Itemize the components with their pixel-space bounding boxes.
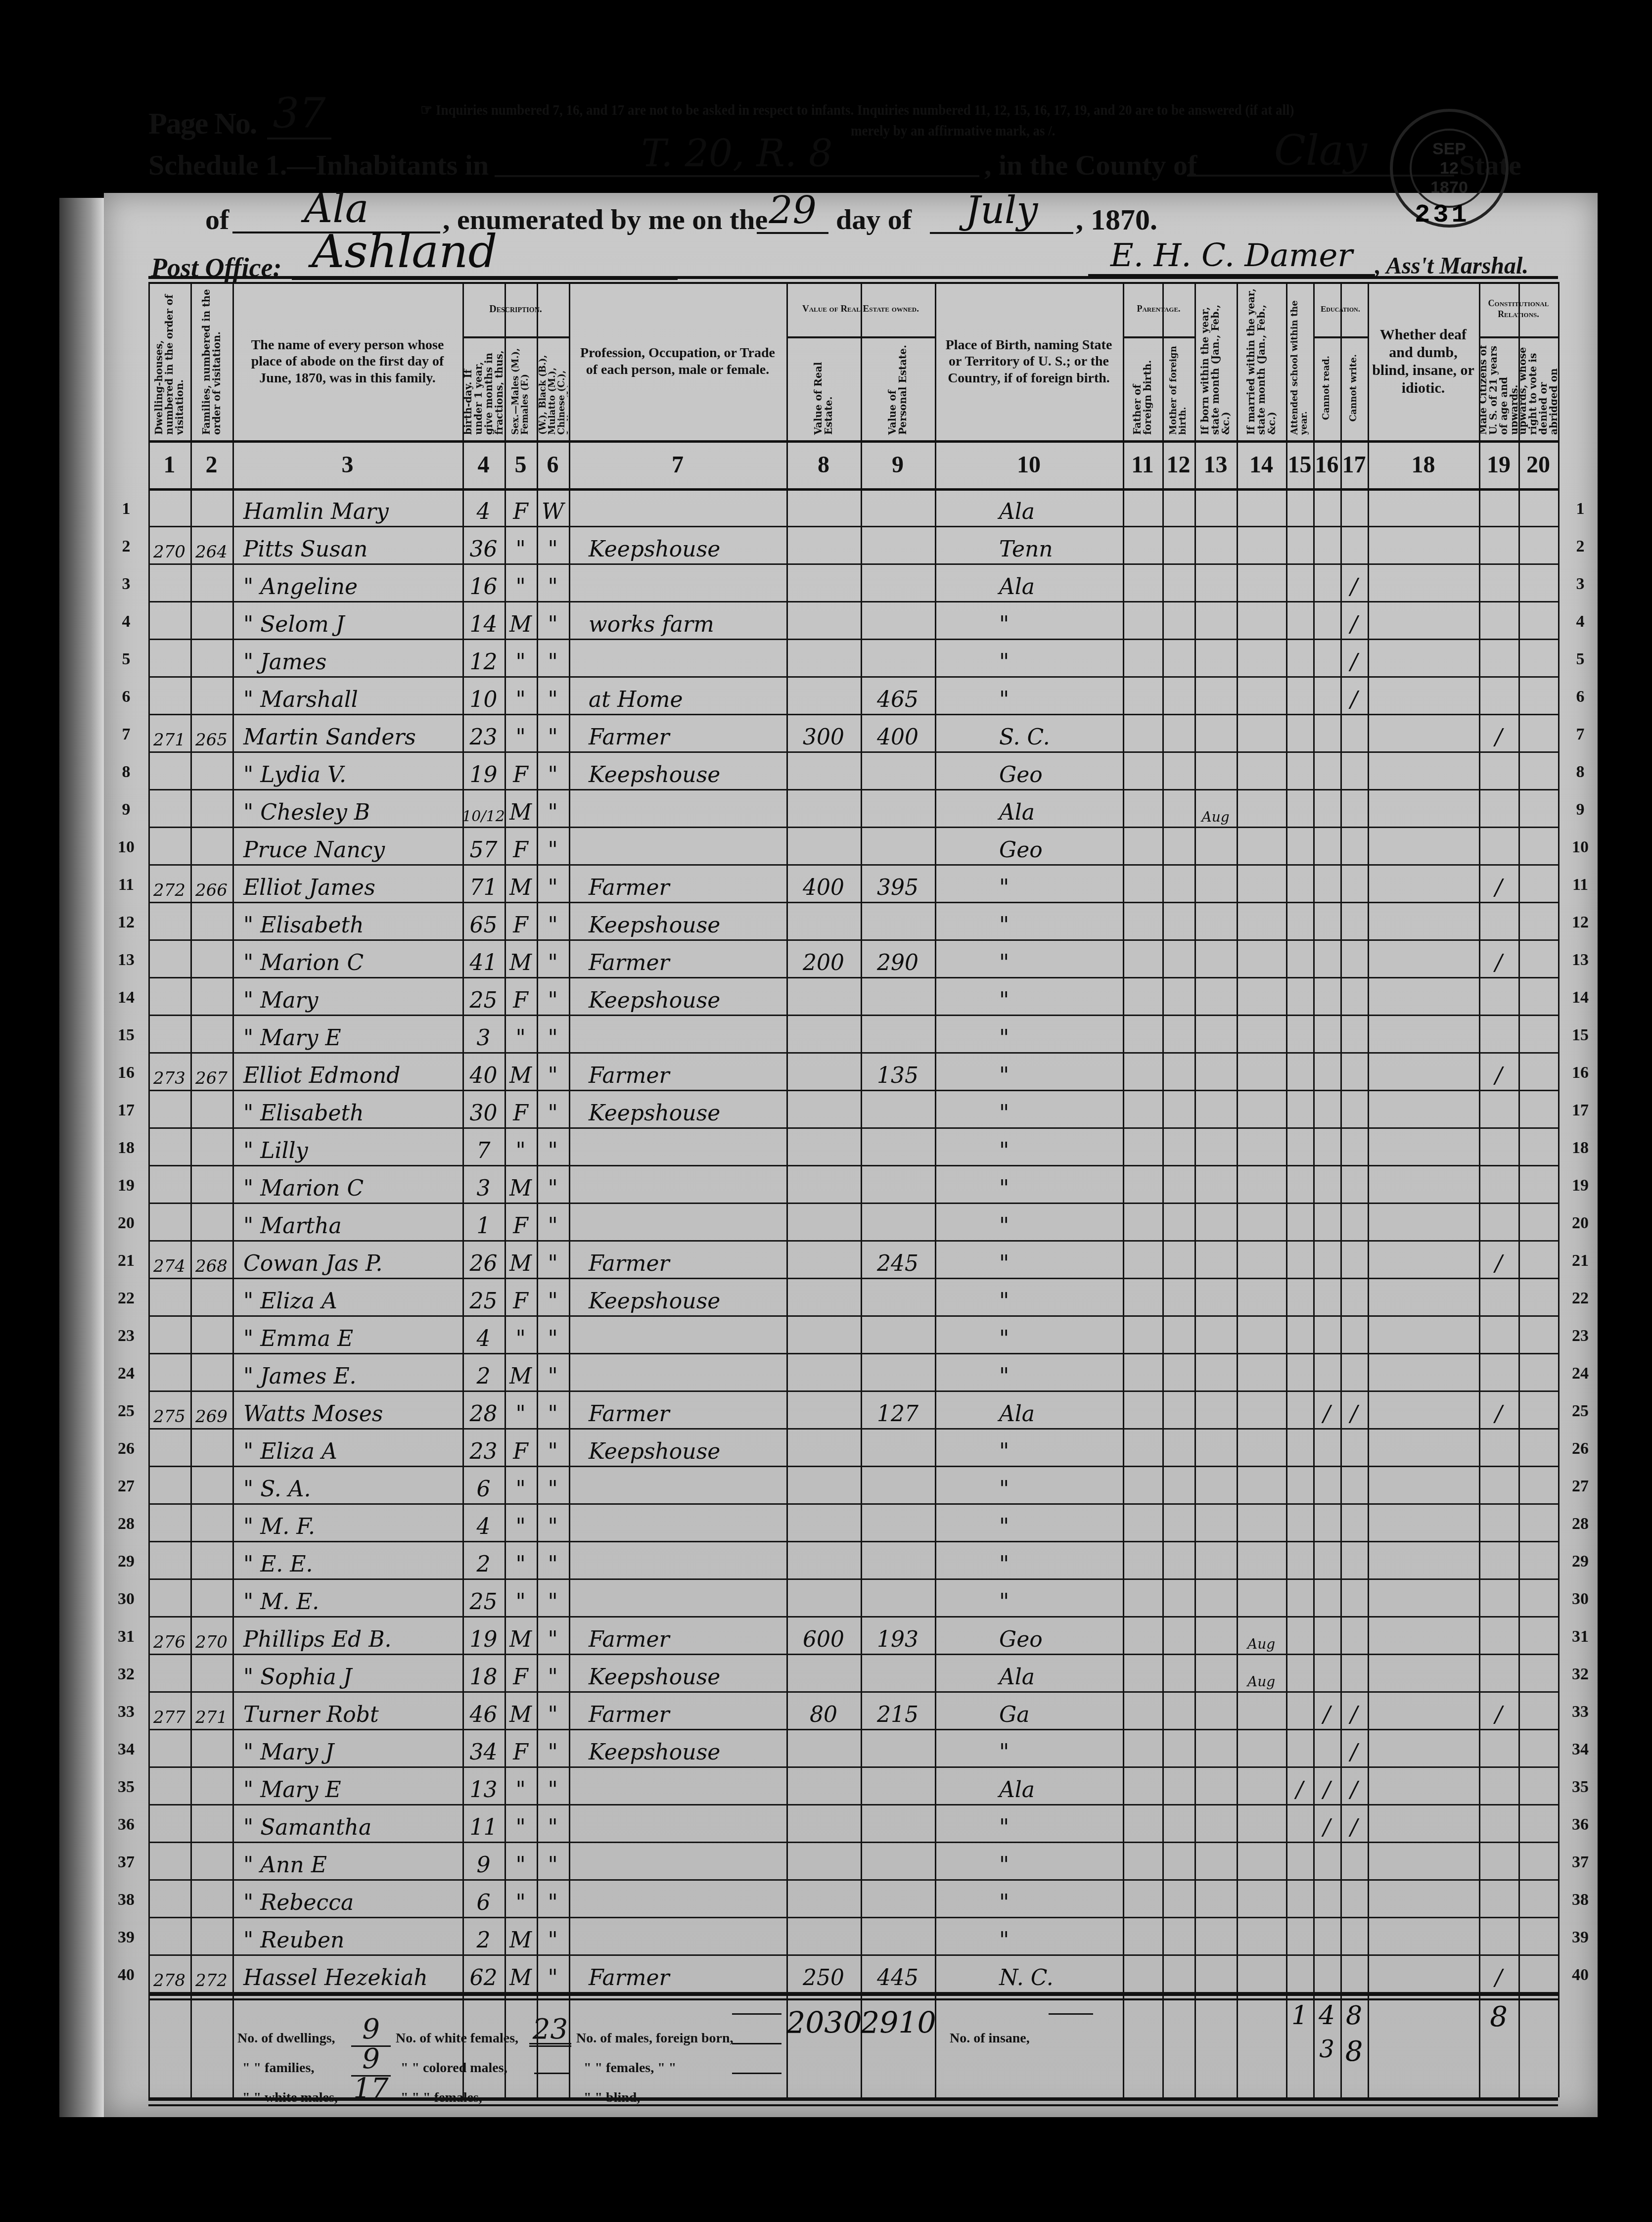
cell-c19 [1479, 565, 1518, 602]
cell-family [190, 678, 232, 715]
column-number-12: 12 [1162, 451, 1194, 478]
cell-real [786, 1843, 861, 1881]
cell-c17 [1340, 866, 1368, 903]
cell-personal: 127 [861, 1392, 935, 1430]
cell-real [786, 978, 861, 1016]
cell-age: 2 [462, 1542, 505, 1580]
cell-c16 [1313, 941, 1340, 978]
cell-sex: M [505, 1054, 537, 1091]
cell-c17: / [1340, 565, 1368, 602]
cell-color: " [537, 1467, 569, 1505]
cell-occupation: Keepshouse [569, 903, 786, 941]
cell-c15 [1286, 1542, 1313, 1580]
cell-name: " Lilly [232, 1129, 462, 1166]
cell-occupation [569, 790, 786, 828]
marshal-label: , Ass't Marshal. [1375, 252, 1528, 279]
cell-c13 [1194, 715, 1237, 753]
cell-sex: " [505, 1505, 537, 1542]
cell-dwelling [148, 1881, 190, 1918]
cell-birthplace: " [935, 866, 1123, 903]
cell-color: " [537, 1618, 569, 1655]
cell-c16 [1313, 1505, 1340, 1542]
cell-c14 [1237, 678, 1286, 715]
cell-c15 [1286, 1956, 1313, 1993]
day-field: 29 [757, 188, 828, 234]
cell-c17 [1340, 1580, 1368, 1618]
row-line-number-left: 5 [109, 650, 143, 669]
cell-age: 23 [462, 1430, 505, 1467]
cell-occupation: Farmer [569, 1693, 786, 1730]
cell-family: 270 [190, 1618, 232, 1655]
cell-dwelling: 271 [148, 715, 190, 753]
cell-c16 [1313, 1580, 1340, 1618]
cell-family [190, 941, 232, 978]
cell-c19 [1479, 903, 1518, 941]
cell-c14 [1237, 753, 1286, 790]
cell-c17 [1340, 753, 1368, 790]
cell-birthplace: Geo [935, 828, 1123, 866]
cell-color: " [537, 602, 569, 640]
cell-name: " Mary E [232, 1016, 462, 1054]
row-line-number-right: 20 [1563, 1214, 1598, 1233]
row-line-number-left: 39 [109, 1928, 143, 1947]
cell-name: " Martha [232, 1204, 462, 1242]
cell-personal [861, 640, 935, 678]
row-line-number-left: 11 [109, 876, 143, 894]
cell-dwelling [148, 1805, 190, 1843]
cell-real [786, 1242, 861, 1279]
cell-c13 [1194, 565, 1237, 602]
cell-color: " [537, 941, 569, 978]
cell-occupation: Farmer [569, 1392, 786, 1430]
cell-personal [861, 1091, 935, 1129]
cell-c14 [1237, 1730, 1286, 1768]
cell-c14 [1237, 527, 1286, 565]
cell-family [190, 1843, 232, 1881]
cell-real [786, 790, 861, 828]
cell-age: 62 [462, 1956, 505, 1993]
cell-c14 [1237, 1881, 1286, 1918]
cell-color: " [537, 527, 569, 565]
cell-birthplace: " [935, 1805, 1123, 1843]
cell-color: " [537, 1805, 569, 1843]
cell-personal [861, 1881, 935, 1918]
column-header-8-text: Value of Real Estate. [813, 341, 834, 435]
cell-dwelling [148, 1843, 190, 1881]
cell-family [190, 790, 232, 828]
column-number-8: 8 [786, 451, 861, 478]
cell-c16: / [1313, 1805, 1340, 1843]
cell-c17: / [1340, 640, 1368, 678]
cell-real [786, 1805, 861, 1843]
stamp-number: 231 [1415, 200, 1470, 230]
row-line-number-left: 1 [109, 500, 143, 518]
cell-personal: 400 [861, 715, 935, 753]
cell-personal: 465 [861, 678, 935, 715]
cell-c19 [1479, 1467, 1518, 1505]
post-office-field: Ashland [292, 225, 678, 280]
cell-sex: " [505, 1467, 537, 1505]
cell-real [786, 1505, 861, 1542]
cell-color: " [537, 715, 569, 753]
cell-occupation [569, 1129, 786, 1166]
cell-c17 [1340, 1354, 1368, 1392]
cell-c14: Aug [1237, 1618, 1286, 1655]
cell-birthplace: " [935, 1467, 1123, 1505]
row-line-number-right: 31 [1563, 1627, 1598, 1646]
cell-name: " James [232, 640, 462, 678]
cell-c17 [1340, 1204, 1368, 1242]
cell-c16 [1313, 1279, 1340, 1317]
cell-family: 267 [190, 1054, 232, 1091]
cell-c19 [1479, 1542, 1518, 1580]
cell-c19: / [1479, 1054, 1518, 1091]
column-number-7: 7 [569, 451, 786, 478]
cell-c13 [1194, 978, 1237, 1016]
cell-c14 [1237, 828, 1286, 866]
column-number-15: 15 [1286, 451, 1313, 478]
cell-family [190, 1354, 232, 1392]
cell-c13 [1194, 1129, 1237, 1166]
cell-sex: " [505, 565, 537, 602]
cell-family [190, 978, 232, 1016]
cell-name: " Eliza A [232, 1430, 462, 1467]
cell-birthplace: " [935, 678, 1123, 715]
cell-age: 4 [462, 490, 505, 527]
cell-c13 [1194, 490, 1237, 527]
cell-occupation: Farmer [569, 1956, 786, 1993]
row-line-number-right: 35 [1563, 1778, 1598, 1797]
cell-c14 [1237, 1242, 1286, 1279]
cell-personal [861, 1805, 935, 1843]
cell-c16 [1313, 565, 1340, 602]
column-number-14: 14 [1237, 451, 1286, 478]
column-number-16: 16 [1313, 451, 1340, 478]
summary-total-col16-b: 3 [1313, 2036, 1340, 2063]
township-field: T. 20, R. 8 [495, 131, 979, 177]
cell-age: 10 [462, 678, 505, 715]
cell-dwelling [148, 1467, 190, 1505]
cell-occupation: Keepshouse [569, 1279, 786, 1317]
cell-sex: F [505, 1730, 537, 1768]
cell-personal: 193 [861, 1618, 935, 1655]
cell-color: " [537, 1693, 569, 1730]
cell-age: 28 [462, 1392, 505, 1430]
cell-c14 [1237, 1166, 1286, 1204]
cell-c15 [1286, 790, 1313, 828]
cell-c17 [1340, 903, 1368, 941]
cell-family [190, 1430, 232, 1467]
cell-c13 [1194, 1768, 1237, 1805]
cell-personal [861, 1166, 935, 1204]
cell-c15 [1286, 1054, 1313, 1091]
cell-c16 [1313, 490, 1340, 527]
cell-color: " [537, 1542, 569, 1580]
cell-c15 [1286, 866, 1313, 903]
cell-birthplace: Ala [935, 565, 1123, 602]
cell-dwelling: 274 [148, 1242, 190, 1279]
cell-sex: F [505, 490, 537, 527]
cell-c19: / [1479, 1693, 1518, 1730]
cell-c16 [1313, 1242, 1340, 1279]
cell-real [786, 1317, 861, 1354]
row-line-number-left: 3 [109, 575, 143, 594]
stamp-year: 1870 [1430, 178, 1468, 197]
cell-real [786, 565, 861, 602]
cell-age: 11 [462, 1805, 505, 1843]
group-header-rule [462, 336, 569, 338]
column-header-11: Father of foreign birth. [1124, 339, 1161, 437]
row-line-number-right: 29 [1563, 1552, 1598, 1571]
cell-occupation: Farmer [569, 1054, 786, 1091]
cell-name: " Angeline [232, 565, 462, 602]
summary-white-males-value: 17 [351, 2073, 391, 2106]
cell-age: 25 [462, 1279, 505, 1317]
row-line-number-right: 18 [1563, 1139, 1598, 1157]
row-line-number-right: 14 [1563, 988, 1598, 1007]
cell-occupation [569, 490, 786, 527]
cell-personal [861, 1279, 935, 1317]
cell-personal [861, 1655, 935, 1693]
cell-real [786, 1392, 861, 1430]
row-line-number-right: 27 [1563, 1477, 1598, 1496]
row-line-number-right: 28 [1563, 1515, 1598, 1533]
summary-white-females-label: No. of white females, [396, 2031, 518, 2046]
cell-name: " Elisabeth [232, 903, 462, 941]
row-line-number-right: 36 [1563, 1815, 1598, 1834]
cell-c17: / [1340, 1768, 1368, 1805]
row-line-number-left: 35 [109, 1778, 143, 1797]
cell-birthplace: " [935, 941, 1123, 978]
column-number-17: 17 [1340, 451, 1368, 478]
cell-c13 [1194, 1881, 1237, 1918]
cell-dwelling: 272 [148, 866, 190, 903]
group-header-rule [1479, 336, 1558, 338]
cell-family [190, 1580, 232, 1618]
row-line-number-right: 16 [1563, 1064, 1598, 1082]
column-number-5: 5 [505, 451, 537, 478]
cell-c19 [1479, 1204, 1518, 1242]
cell-birthplace: " [935, 1918, 1123, 1956]
column-number-6: 6 [537, 451, 569, 478]
cell-sex: " [505, 640, 537, 678]
cell-occupation [569, 1580, 786, 1618]
summary-foreign-males-label: No. of males, foreign born, [576, 2031, 734, 2046]
cell-age: 9 [462, 1843, 505, 1881]
cell-personal [861, 1204, 935, 1242]
column-header-6: Color.—White (W.), Black (B.), Mulatto (… [538, 339, 568, 437]
cell-personal [861, 1580, 935, 1618]
cell-c13: Aug [1194, 790, 1237, 828]
cell-real [786, 1129, 861, 1166]
cell-age: 46 [462, 1693, 505, 1730]
cell-dwelling [148, 1730, 190, 1768]
cell-birthplace: " [935, 1054, 1123, 1091]
group-header-value-estate: Value of Real Estate owned. [786, 282, 935, 336]
cell-c13 [1194, 1618, 1237, 1655]
cell-c15 [1286, 715, 1313, 753]
cell-c16 [1313, 978, 1340, 1016]
cell-family [190, 1317, 232, 1354]
cell-real [786, 1204, 861, 1242]
cell-c16 [1313, 1016, 1340, 1054]
cell-occupation [569, 1881, 786, 1918]
cell-occupation: Keepshouse [569, 1091, 786, 1129]
row-line-number-right: 19 [1563, 1176, 1598, 1195]
cell-personal [861, 1730, 935, 1768]
cell-c19 [1479, 1805, 1518, 1843]
column-header-2-text: Families, numbered in the order of visit… [201, 288, 222, 435]
column-divider [1558, 282, 1560, 2097]
cell-name: " Mary E [232, 1768, 462, 1805]
cell-family [190, 1768, 232, 1805]
cell-c17 [1340, 527, 1368, 565]
row-line-number-right: 6 [1563, 688, 1598, 706]
summary-foreign-females-label: " " females, " " [584, 2060, 676, 2076]
cell-birthplace: S. C. [935, 715, 1123, 753]
summary-white-males-label: " " white males, [242, 2090, 338, 2106]
cell-c16: / [1313, 1768, 1340, 1805]
cell-dwelling [148, 1542, 190, 1580]
cell-name: " Samantha [232, 1805, 462, 1843]
cell-name: " M. F. [232, 1505, 462, 1542]
summary-total-real-estate: 2030 [786, 2006, 861, 2040]
cell-birthplace: " [935, 1881, 1123, 1918]
cell-name: " Sophia J [232, 1655, 462, 1693]
cell-real [786, 828, 861, 866]
cell-personal [861, 1505, 935, 1542]
cell-age: 40 [462, 1054, 505, 1091]
cell-family: 268 [190, 1242, 232, 1279]
cell-c15 [1286, 602, 1313, 640]
cell-c13 [1194, 1918, 1237, 1956]
cell-color: " [537, 1505, 569, 1542]
cell-c15 [1286, 1693, 1313, 1730]
cell-c19 [1479, 1430, 1518, 1467]
cell-name: " Mary [232, 978, 462, 1016]
cell-occupation [569, 640, 786, 678]
colnum-rule [148, 440, 1558, 443]
day-of-label: day of [836, 203, 912, 236]
cell-real [786, 640, 861, 678]
summary-total-personal-estate: 2910 [861, 2006, 935, 2040]
cell-personal [861, 1843, 935, 1881]
cell-c17 [1340, 490, 1368, 527]
instructions-notice-line1: ☞ Inquiries numbered 7, 16, and 17 are n… [420, 101, 1294, 119]
cell-name: Phillips Ed B. [232, 1618, 462, 1655]
cell-birthplace: " [935, 1354, 1123, 1392]
cell-name: Elliot James [232, 866, 462, 903]
row-line-number-left: 31 [109, 1627, 143, 1646]
cell-birthplace: " [935, 1730, 1123, 1768]
column-divider [1368, 282, 1369, 2097]
cell-real [786, 753, 861, 790]
summary-families-label: " " families, [242, 2060, 314, 2076]
cell-personal [861, 753, 935, 790]
cell-birthplace: " [935, 1166, 1123, 1204]
row-line-number-left: 27 [109, 1477, 143, 1496]
cell-real [786, 1354, 861, 1392]
row-line-number-right: 10 [1563, 838, 1598, 857]
cell-c19 [1479, 1655, 1518, 1693]
cell-c17 [1340, 1655, 1368, 1693]
row-line-number-left: 19 [109, 1176, 143, 1195]
row-line-number-left: 13 [109, 951, 143, 970]
cell-sex: " [505, 1805, 537, 1843]
cell-name: " Selom J [232, 602, 462, 640]
cell-family [190, 903, 232, 941]
cell-c15 [1286, 678, 1313, 715]
cell-name: Hassel Hezekiah [232, 1956, 462, 1993]
column-header-11-text: Father of foreign birth. [1132, 341, 1153, 435]
cell-color: " [537, 678, 569, 715]
cell-sex: M [505, 1242, 537, 1279]
cell-real [786, 1580, 861, 1618]
cell-c17 [1340, 1054, 1368, 1091]
cell-color: " [537, 640, 569, 678]
row-line-number-left: 20 [109, 1214, 143, 1233]
cell-c19 [1479, 1166, 1518, 1204]
cell-c16 [1313, 790, 1340, 828]
cell-real [786, 903, 861, 941]
row-line-number-right: 39 [1563, 1928, 1598, 1947]
cell-personal [861, 1768, 935, 1805]
cell-family [190, 1467, 232, 1505]
cell-age: 2 [462, 1354, 505, 1392]
cell-sex: M [505, 1618, 537, 1655]
column-header-17: Cannot write. [1341, 339, 1367, 437]
row-line-number-left: 21 [109, 1251, 143, 1270]
row-line-number-left: 32 [109, 1665, 143, 1684]
cell-c19 [1479, 1129, 1518, 1166]
column-divider [1518, 282, 1520, 2097]
row-line-number-left: 37 [109, 1853, 143, 1872]
cell-sex: F [505, 753, 537, 790]
cell-family [190, 1091, 232, 1129]
cell-c19 [1479, 1279, 1518, 1317]
cell-real [786, 678, 861, 715]
cell-occupation [569, 1505, 786, 1542]
cell-c14 [1237, 1843, 1286, 1881]
column-number-19: 19 [1479, 451, 1518, 478]
cell-dwelling [148, 1279, 190, 1317]
cell-c17 [1340, 978, 1368, 1016]
cell-personal [861, 1918, 935, 1956]
cell-c17 [1340, 1129, 1368, 1166]
cell-age: 7 [462, 1129, 505, 1166]
cell-c15 [1286, 1430, 1313, 1467]
cell-dwelling [148, 753, 190, 790]
cell-c15 [1286, 1354, 1313, 1392]
row-line-number-left: 23 [109, 1327, 143, 1345]
cell-c13 [1194, 1805, 1237, 1843]
cell-c16: / [1313, 1693, 1340, 1730]
cell-color: W [537, 490, 569, 527]
cell-color: " [537, 1956, 569, 1993]
cell-c15 [1286, 828, 1313, 866]
summary-colored-males-label: " " colored males, [401, 2060, 507, 2076]
column-header-2: Families, numbered in the order of visit… [191, 286, 231, 437]
cell-family: 266 [190, 866, 232, 903]
cell-c14 [1237, 1918, 1286, 1956]
cell-sex: F [505, 828, 537, 866]
cell-personal: 395 [861, 866, 935, 903]
cell-c13 [1194, 602, 1237, 640]
cell-color: " [537, 1091, 569, 1129]
row-line-number-right: 11 [1563, 876, 1598, 894]
cell-family [190, 828, 232, 866]
cell-dwelling [148, 678, 190, 715]
